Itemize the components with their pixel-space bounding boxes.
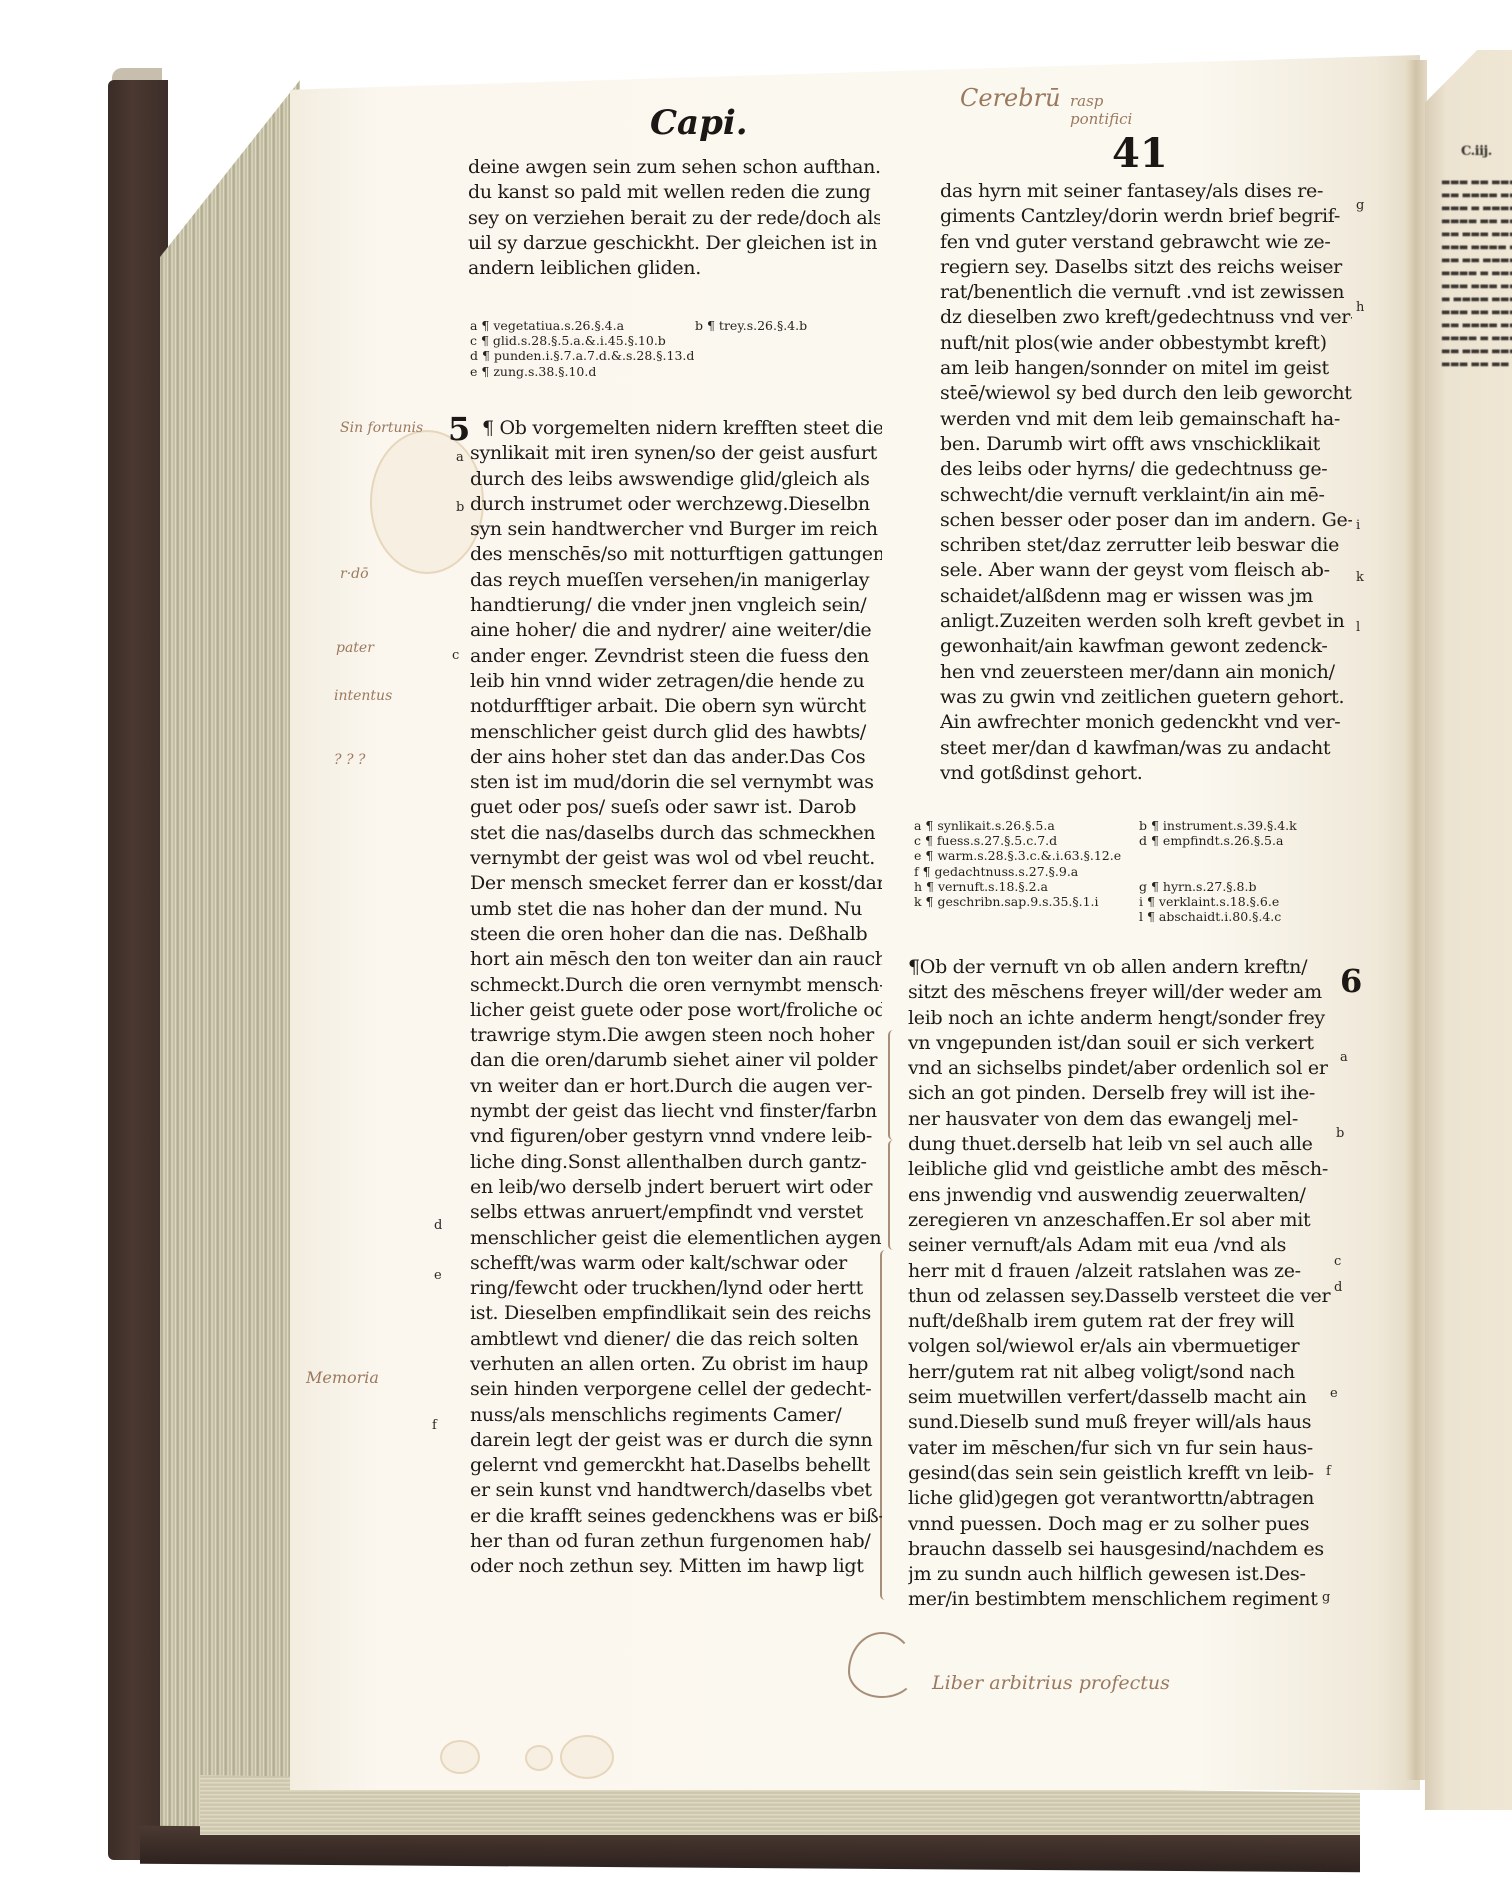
- footnote: d ¶ empfindt.s.26.§.5.a: [1139, 833, 1354, 848]
- text-line: sein hinden verporgene cellel der gedech…: [470, 1377, 882, 1402]
- text-line: jm zu sundn auch hilflich gewesen ist.De…: [908, 1562, 1338, 1587]
- text-line: ring/fewcht oder truckhen/lynd oder hert…: [470, 1276, 882, 1301]
- text-line: ambtlewt vnd diener/ die das reich solte…: [470, 1327, 882, 1352]
- text-line: ben. Darumb wirt offt aws vnschicklikait: [940, 432, 1352, 457]
- margin-reference-letter: e: [1330, 1386, 1338, 1401]
- text-line: guet oder pos/ sueſs oder sawr ist. Daro…: [470, 795, 882, 820]
- text-line: dz dieselben zwo kreft/gedechtnuss vnd v…: [940, 305, 1352, 330]
- text-line: nymbt der geist das liecht vnd finster/f…: [470, 1099, 882, 1124]
- footnote: b ¶ trey.s.26.§.4.b: [695, 318, 910, 333]
- running-head-chapter: Capi.: [650, 103, 748, 143]
- text-line: volgen sol/wiewol er/als ain vbermuetige…: [908, 1334, 1338, 1359]
- text-line: vnnd puessen. Doch mag er zu solher pues: [908, 1512, 1338, 1537]
- text-line: deine awgen sein zum sehen schon aufthan…: [468, 155, 880, 180]
- text-line: vater im mēschen/fur sich vn fur sein ha…: [908, 1436, 1338, 1461]
- text-line: dan die oren/darumb siehet ainer vil pol…: [470, 1048, 882, 1073]
- text-line: stet die nas/daselbs durch das schmeckhe…: [470, 821, 882, 846]
- text-line: thun od zelassen sey.Dasselb versteet di…: [908, 1284, 1338, 1309]
- text-line: nuft/nit plos(wie ander obbestymbt kreft…: [940, 331, 1352, 356]
- text-line: steen die oren hoher dan die nas. Deßhal…: [470, 922, 882, 947]
- footnote-references-left: a ¶ vegetatiua.s.26.§.4.a b ¶ trey.s.26.…: [470, 318, 920, 379]
- text-line: leib noch an ichte anderm hengt/sonder f…: [908, 1006, 1338, 1031]
- text-line: herr/gutem rat nit albeg voligt/sond nac…: [908, 1360, 1338, 1385]
- text-line: sele. Aber wann der geyst vom fleisch ab…: [940, 558, 1352, 583]
- footnote: c ¶ fuess.s.27.§.5.c.7.d: [914, 833, 1139, 848]
- footnote: k ¶ geschribn.sap.9.s.35.§.1.i: [914, 894, 1139, 909]
- text-line: nuss/als menschlichs regiments Camer/: [470, 1403, 882, 1428]
- facing-page-text: C.iij. ▬▬▬ ▬▬ ▬▬▬▬▬▬ ▬▬▬▬ ▬▬▬▬▬▬ ▬ ▬▬▬▬▬…: [1441, 145, 1512, 371]
- text-line: vn vngepunden ist/dan souil er sich verk…: [908, 1031, 1338, 1056]
- text-line: steē/wiewol sy bed durch den leib geworc…: [940, 381, 1352, 406]
- text-line: regiern sey. Daselbs sitzt des reichs we…: [940, 255, 1352, 280]
- margin-reference-letter: d: [1334, 1280, 1342, 1295]
- text-line: menschlicher geist durch glid des hawbts…: [470, 720, 882, 745]
- water-stain: [370, 430, 484, 574]
- margin-reference-letter: c: [452, 648, 459, 663]
- footnote-references-right: a ¶ synlikait.s.26.§.5.a b ¶ instrument.…: [914, 818, 1374, 924]
- text-line: synlikait mit iren synen/so der geist au…: [470, 441, 882, 466]
- footnote: d ¶ punden.i.§.7.a.7.d.&.s.28.§.13.d: [470, 348, 920, 363]
- text-line: schriben stet/daz zerrutter leib beswar …: [940, 533, 1352, 558]
- handwritten-margin-note: ? ? ?: [334, 752, 365, 768]
- text-line: werden vnd mit dem leib gemainschaft ha-: [940, 407, 1352, 432]
- text-line: notdurfftiger arbait. Die obern syn würc…: [470, 694, 882, 719]
- margin-reference-letter: h: [1356, 300, 1364, 315]
- text-line: uil sy darzue geschickht. Der gleichen i…: [468, 231, 880, 256]
- text-line: der ains hoher stet dan das ander.Das Co…: [470, 745, 882, 770]
- page-number: 41: [1112, 130, 1168, 177]
- footnote: e ¶ zung.s.38.§.10.d: [470, 364, 920, 379]
- margin-reference-letter: l: [1356, 620, 1360, 635]
- text-line: dung thuet.derselb hat leib vn sel auch …: [908, 1132, 1338, 1157]
- text-line: seim muetwillen verfert/dasselb macht ai…: [908, 1385, 1338, 1410]
- text-line: leibliche glid vnd geistliche ambt des m…: [908, 1157, 1338, 1182]
- text-line: giments Cantzley/dorin werdn brief begri…: [940, 204, 1352, 229]
- text-line: aine hoher/ die and nydrer/ aine weiter/…: [470, 618, 882, 643]
- text-line: gesind(das sein sein geistlich krefft vn…: [908, 1461, 1338, 1486]
- footnote: a ¶ vegetatiua.s.26.§.4.a: [470, 318, 695, 333]
- text-line: liche ding.Sonst allenthalben durch gant…: [470, 1150, 882, 1175]
- text-line: andern leiblichen gliden.: [468, 256, 880, 281]
- text-line: ner hausvater von dem das ewangelj mel-: [908, 1107, 1338, 1132]
- footnote: f ¶ gedachtnuss.s.27.§.9.a: [914, 864, 1374, 879]
- text-line: durch instrumet oder werchzewg.Dieselbn: [470, 492, 882, 517]
- text-line: verhuten an allen orten. Zu obrist im ha…: [470, 1352, 882, 1377]
- text-line: en leib/wo derselb jndert beruert wirt o…: [470, 1175, 882, 1200]
- water-stain: [560, 1735, 614, 1779]
- left-text-column: deine awgen sein zum sehen schon aufthan…: [468, 155, 880, 281]
- margin-reference-letter: k: [1356, 570, 1364, 585]
- text-line: brauchn dasselb sei hausgesind/nachdem e…: [908, 1537, 1338, 1562]
- margin-reference-letter: e: [434, 1268, 442, 1283]
- handwritten-bracket: [888, 1140, 898, 1250]
- handwritten-margin-note: r·dō: [340, 566, 369, 582]
- margin-reference-letter: i: [1356, 518, 1360, 533]
- text-line: seiner vernuft/als Adam mit eua /vnd als: [908, 1233, 1338, 1258]
- margin-reference-letter: a: [1340, 1050, 1348, 1065]
- text-line: mer/in bestimbtem menschlichem regiment: [908, 1587, 1338, 1612]
- text-line: schwecht/die vernuft verklaint/in ain mē…: [940, 483, 1352, 508]
- margin-reference-letter: f: [1326, 1464, 1331, 1479]
- text-line: vnd an sichselbs pindet/aber ordenlich s…: [908, 1056, 1338, 1081]
- text-line: ens jnwendig vnd auswendig zeuerwalten/: [908, 1183, 1338, 1208]
- water-stain: [525, 1745, 553, 1771]
- text-line: Ain awfrechter monich gedenckht vnd ver-: [940, 710, 1352, 735]
- leather-binding-spine-edge: [108, 80, 168, 1860]
- handwritten-note-bottom: Liber arbitrius profectus: [932, 1672, 1170, 1694]
- book-gutter: [1405, 60, 1427, 1780]
- handwritten-margin-note: Memoria: [306, 1368, 379, 1387]
- text-line: trawrige stym.Die awgen steen noch hoher: [470, 1023, 882, 1048]
- text-line: selbs ettwas anruert/empfindt vnd verste…: [470, 1200, 882, 1225]
- margin-reference-letter: g: [1322, 1590, 1330, 1605]
- text-line: syn sein handtwercher vnd Burger im reic…: [470, 517, 882, 542]
- facing-page: C.iij. ▬▬▬ ▬▬ ▬▬▬▬▬▬ ▬▬▬▬ ▬▬▬▬▬▬ ▬ ▬▬▬▬▬…: [1425, 50, 1512, 1810]
- text-line: her than od furan zethun furgenomen hab/: [470, 1529, 882, 1554]
- margin-reference-letter: f: [432, 1418, 437, 1433]
- text-line: rat/benentlich die vernuft .vnd ist zewi…: [940, 280, 1352, 305]
- handwritten-bracket: [888, 1030, 898, 1140]
- handwritten-margin-note: intentus: [334, 688, 392, 704]
- footnote: e ¶ warm.s.28.§.3.c.&.i.63.§.12.e: [914, 848, 1374, 863]
- left-section-5-text: ¶ Ob vorgemelten nidern krefften steet d…: [470, 416, 882, 1580]
- text-line: steet mer/dan d kawfman/was zu andacht: [940, 736, 1352, 761]
- text-line: hen vnd zeuersteen mer/dann ain monich/: [940, 660, 1352, 685]
- text-line: des menschēs/so mit notturftigen gattung…: [470, 542, 882, 567]
- margin-reference-letter: b: [456, 500, 464, 515]
- text-line: sey on verziehen berait zu der rede/doch…: [468, 206, 880, 231]
- text-line: sund.Dieselb sund muß freyer will/als ha…: [908, 1410, 1338, 1435]
- text-line: schmeckt.Durch die oren vernymbt mensch-: [470, 973, 882, 998]
- text-line: sten ist im mud/dorin die sel vernymbt w…: [470, 770, 882, 795]
- text-line: ¶ Ob vorgemelten nidern krefften steet d…: [470, 416, 882, 441]
- text-line: gewonhait/ain kawfman gewont zedenck-: [940, 634, 1352, 659]
- margin-reference-letter: d: [434, 1218, 442, 1233]
- text-line: schen besser oder poser dan im andern. G…: [940, 508, 1352, 533]
- handwritten-note-top-right: rasp pontifici: [1070, 92, 1160, 128]
- text-line: fen vnd guter verstand gebrawcht wie ze-: [940, 230, 1352, 255]
- section-number: 6: [1340, 962, 1362, 1000]
- handwritten-margin-note: Sin fortunis: [340, 420, 423, 436]
- text-line: nuft/deßhalb irem gutem rat der frey wil…: [908, 1309, 1338, 1334]
- text-line: ist. Dieselben empfindlikait sein des re…: [470, 1301, 882, 1326]
- text-line: am leib hangen/sonnder on mitel im geist: [940, 356, 1352, 381]
- facing-running-head: C.iij.: [1461, 145, 1512, 158]
- section-number: 5: [448, 410, 470, 448]
- text-line: schefft/was warm oder kalt/schwar oder: [470, 1251, 882, 1276]
- text-line: schaidet/alßdenn mag er wissen was jm: [940, 584, 1352, 609]
- text-line: er die krafft seines gedenckhens was er …: [470, 1504, 882, 1529]
- text-line: sitzt des mēschens freyer will/der weder…: [908, 980, 1338, 1005]
- margin-reference-letter: a: [456, 450, 464, 465]
- text-line: zeregieren vn anzeschaffen.Er sol aber m…: [908, 1208, 1338, 1233]
- text-line: vnd figuren/ober gestyrn vnnd vndere lei…: [470, 1124, 882, 1149]
- text-line: anligt.Zuzeiten werden solh kreft gevbet…: [940, 609, 1352, 634]
- text-line: ¶Ob der vernuft vn ob allen andern kreft…: [908, 955, 1338, 980]
- text-line: darein legt der geist was er durch die s…: [470, 1428, 882, 1453]
- footnote: l ¶ abschaidt.i.80.§.4.c: [914, 909, 1374, 924]
- footnote: i ¶ verklaint.s.18.§.6.e: [1139, 894, 1354, 909]
- margin-reference-letter: g: [1356, 198, 1364, 213]
- text-line: herr mit d frauen /alzeit ratslahen was …: [908, 1259, 1338, 1284]
- text-line: ander enger. Zevndrist steen die fuess d…: [470, 644, 882, 669]
- text-line: durch des leibs awswendige glid/gleich a…: [470, 467, 882, 492]
- text-line: sich an got pinden. Derselb frey will is…: [908, 1081, 1338, 1106]
- right-text-column: das hyrn mit seiner fantasey/als dises r…: [940, 179, 1352, 786]
- footnote: g ¶ hyrn.s.27.§.8.b: [1139, 879, 1354, 894]
- footnote: b ¶ instrument.s.39.§.4.k: [1139, 818, 1354, 833]
- text-line: umb stet die nas hoher dan der mund. Nu: [470, 897, 882, 922]
- text-line: was zu gwin vnd zeitlichen guetern gehor…: [940, 685, 1352, 710]
- right-section-6-text: ¶Ob der vernuft vn ob allen andern kreft…: [908, 955, 1338, 1613]
- water-stain: [440, 1740, 480, 1774]
- text-line: vernymbt der geist was wol od vbel reuch…: [470, 846, 882, 871]
- text-line: menschlicher geist die elementlichen ayg…: [470, 1226, 882, 1251]
- footnote: h ¶ vernuft.s.18.§.2.a: [914, 879, 1139, 894]
- footnote: c ¶ glid.s.28.§.5.a.&.i.45.§.10.b: [470, 333, 920, 348]
- text-line: leib hin vnnd wider zetragen/die hende z…: [470, 669, 882, 694]
- text-line: er sein kunst vnd handtwerch/daselbs vbe…: [470, 1478, 882, 1503]
- text-line: vn weiter dan er hort.Durch die augen ve…: [470, 1074, 882, 1099]
- text-line: des leibs oder hyrns/ die gedechtnuss ge…: [940, 457, 1352, 482]
- margin-reference-letter: b: [1336, 1126, 1344, 1141]
- page-edges-fore-edge: [160, 80, 300, 1850]
- text-line: hort ain mēsch den ton weiter dan ain ra…: [470, 947, 882, 972]
- text-line: vnd gotßdinst gehort.: [940, 761, 1352, 786]
- text-line: du kanst so pald mit wellen reden die zu…: [468, 180, 880, 205]
- text-line: gelernt vnd gemerckht hat.Daselbs behell…: [470, 1453, 882, 1478]
- handwritten-note-top: Cerebrū: [960, 84, 1061, 112]
- margin-reference-letter: c: [1334, 1254, 1341, 1269]
- handwritten-margin-note: pater: [336, 640, 374, 656]
- text-line: das reych mueſſen versehen/in manigerlay: [470, 568, 882, 593]
- text-line: Der mensch smecket ferrer dan er kosst/d…: [470, 871, 882, 896]
- footnote: a ¶ synlikait.s.26.§.5.a: [914, 818, 1139, 833]
- text-line: licher geist guete oder pose wort/frolic…: [470, 998, 882, 1023]
- text-line: liche glid)gegen got verantworttn/abtrag…: [908, 1486, 1338, 1511]
- text-line: oder noch zethun sey. Mitten im hawp lig…: [470, 1554, 882, 1579]
- text-line: handtierung/ die vnder jnen vngleich sei…: [470, 593, 882, 618]
- text-line: das hyrn mit seiner fantasey/als dises r…: [940, 179, 1352, 204]
